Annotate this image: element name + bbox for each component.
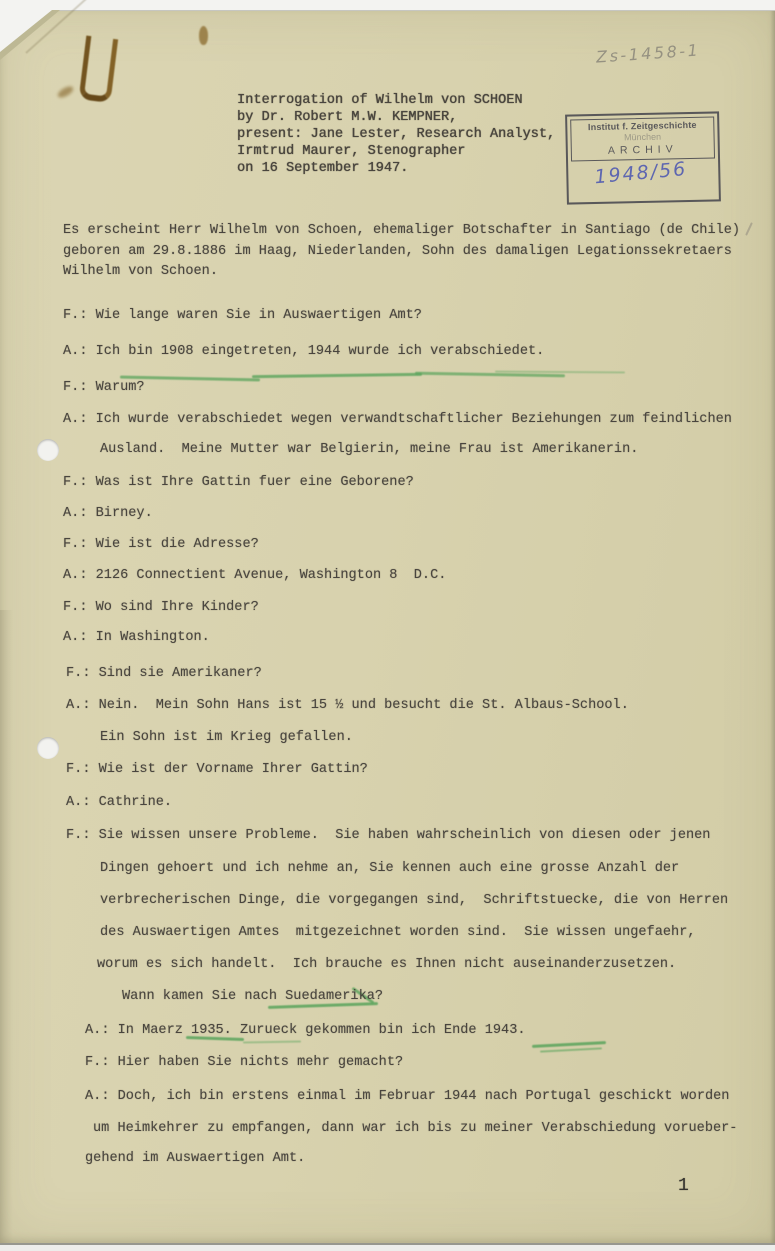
typewritten-line: F.: Wie ist die Adresse? [63, 537, 259, 552]
typewritten-line: F.: Sind sie Amerikaner? [66, 666, 262, 681]
scanned-document: Zs-1458-1 Institut f. Zeitgeschichte Mün… [0, 0, 775, 1251]
typewritten-line: Dingen gehoert und ich nehme an, Sie ken… [100, 861, 679, 876]
page-number: 1 [678, 1176, 689, 1196]
typewritten-line: A.: Cathrine. [66, 795, 172, 810]
typewritten-line: worum es sich handelt. Ich brauche es Ih… [97, 957, 676, 972]
typewritten-line: Ein Sohn ist im Krieg gefallen. [100, 730, 353, 745]
typewritten-line: A.: Nein. Mein Sohn Hans ist 15 ½ und be… [66, 698, 629, 713]
typewritten-line: F.: Sie wissen unsere Probleme. Sie habe… [66, 828, 710, 843]
stamp-archiv-label: ARCHIV [573, 143, 713, 158]
punch-hole [37, 737, 59, 759]
header-line: by Dr. Robert M.W. KEMPNER, [237, 110, 457, 125]
typewritten-line: A.: Ich wurde verabschiedet wegen verwan… [63, 412, 732, 427]
typewritten-line: A.: In Maerz 1935. Zurueck gekommen bin … [85, 1023, 526, 1038]
stain-spot [199, 26, 208, 45]
typewritten-line: F.: Wie ist der Vorname Ihrer Gattin? [66, 762, 368, 777]
archive-stamp-inner-box: Institut f. Zeitgeschichte München ARCHI… [570, 117, 715, 162]
header-line: present: Jane Lester, Research Analyst, [237, 127, 555, 142]
typewritten-line: verbrecherischen Dinge, die vorgegangen … [100, 893, 728, 908]
punch-hole [37, 439, 59, 461]
scan-background-bottom [0, 1243, 775, 1251]
typewritten-line: Ausland. Meine Mutter war Belgierin, mei… [100, 442, 638, 457]
typewritten-line: A.: 2126 Connectient Avenue, Washington … [63, 568, 446, 583]
typewritten-line: A.: Birney. [63, 506, 153, 521]
stamp-city: München [572, 131, 712, 144]
typewritten-line: gehend im Auswaertigen Amt. [85, 1151, 305, 1166]
archive-stamp: Institut f. Zeitgeschichte München ARCHI… [565, 111, 721, 204]
typewritten-line: F.: Warum? [63, 380, 145, 395]
typewritten-line: A.: In Washington. [63, 630, 210, 645]
typewritten-line: F.: Wie lange waren Sie in Auswaertigen … [63, 308, 422, 323]
header-line: on 16 September 1947. [237, 161, 408, 176]
typewritten-line: F.: Was ist Ihre Gattin fuer eine Gebore… [63, 475, 414, 490]
header-line: Interrogation of Wilhelm von SCHOEN [237, 93, 523, 108]
typewritten-line: A.: Doch, ich bin erstens einmal im Febr… [85, 1089, 729, 1104]
typewritten-line: F.: Hier haben Sie nichts mehr gemacht? [85, 1055, 403, 1070]
typewritten-line: Wann kamen Sie nach Suedamerika? [122, 989, 383, 1004]
typewritten-line: um Heimkehrer zu empfangen, dann war ich… [93, 1121, 737, 1136]
header-line: Irmtrud Maurer, Stenographer [237, 144, 465, 159]
typewritten-line: F.: Wo sind Ihre Kinder? [63, 600, 259, 615]
paper-right-edge-shadow [770, 10, 775, 1243]
typewritten-line: A.: Ich bin 1908 eingetreten, 1944 wurde… [63, 344, 544, 359]
scan-background-top [0, 0, 775, 11]
intro-line: geboren am 29.8.1886 im Haag, Niederland… [63, 244, 732, 259]
typewritten-line: des Auswaertigen Amtes mitgezeichnet wor… [100, 925, 696, 940]
intro-line: Wilhelm von Schoen. [63, 264, 218, 279]
intro-line: Es erscheint Herr Wilhelm von Schoen, eh… [63, 223, 740, 238]
paper-left-edge-shadow [0, 610, 13, 1243]
